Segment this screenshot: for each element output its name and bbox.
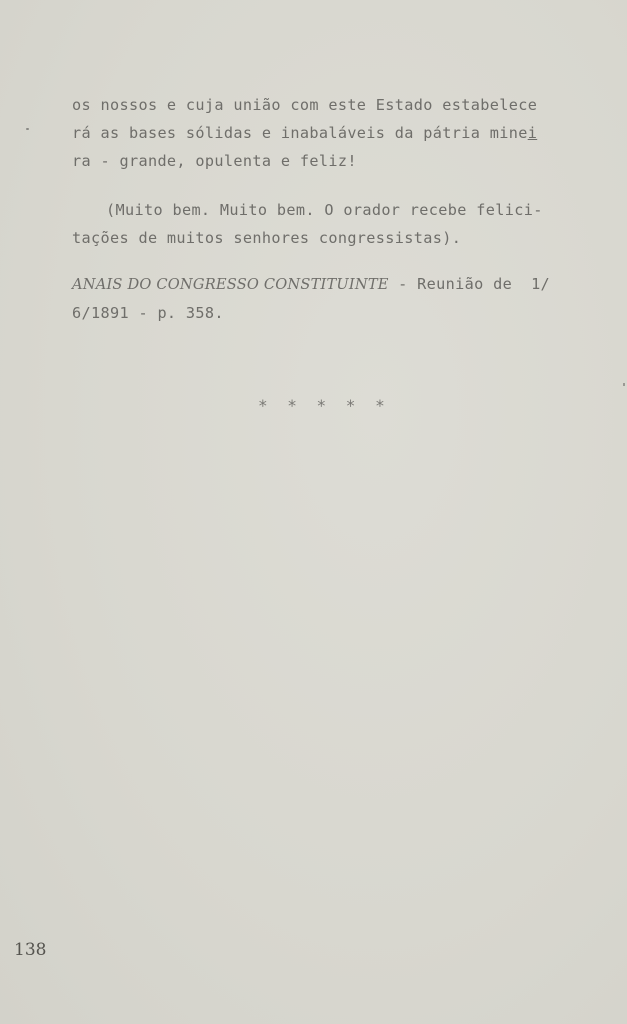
text-line: os nossos e cuja união com este Estado e… <box>72 91 584 119</box>
citation-separator: - <box>389 275 417 293</box>
text-line: rá as bases sólidas e inabaláveis da pát… <box>72 119 584 147</box>
text-line: tações de muitos senhores congressistas)… <box>72 224 584 252</box>
text-line: ra - grande, opulenta e feliz! <box>72 147 584 175</box>
section-break-asterisks: * * * * * <box>258 396 390 415</box>
paragraph-applause-note: (Muito bem. Muito bem. O orador recebe f… <box>72 196 584 252</box>
scan-speck <box>26 128 29 130</box>
citation: ANAIS DO CONGRESSO CONSTITUINTE - Reuniã… <box>72 270 584 327</box>
page-number: 138 <box>14 940 46 960</box>
citation-source-title: ANAIS DO CONGRESSO CONSTITUINTE <box>72 276 389 293</box>
citation-detail: Reunião de 1/ <box>417 275 550 293</box>
text-line: (Muito bem. Muito bem. O orador recebe f… <box>72 196 584 224</box>
paragraph-closing-speech: os nossos e cuja união com este Estado e… <box>72 91 584 175</box>
document-page: os nossos e cuja união com este Estado e… <box>0 0 627 1024</box>
underlined-hyphenation-char: i <box>528 124 538 142</box>
scan-edge-mark <box>623 383 625 386</box>
citation-detail-continued: 6/1891 - p. 358. <box>72 299 584 327</box>
text-line: ANAIS DO CONGRESSO CONSTITUINTE - Reuniã… <box>72 270 584 299</box>
